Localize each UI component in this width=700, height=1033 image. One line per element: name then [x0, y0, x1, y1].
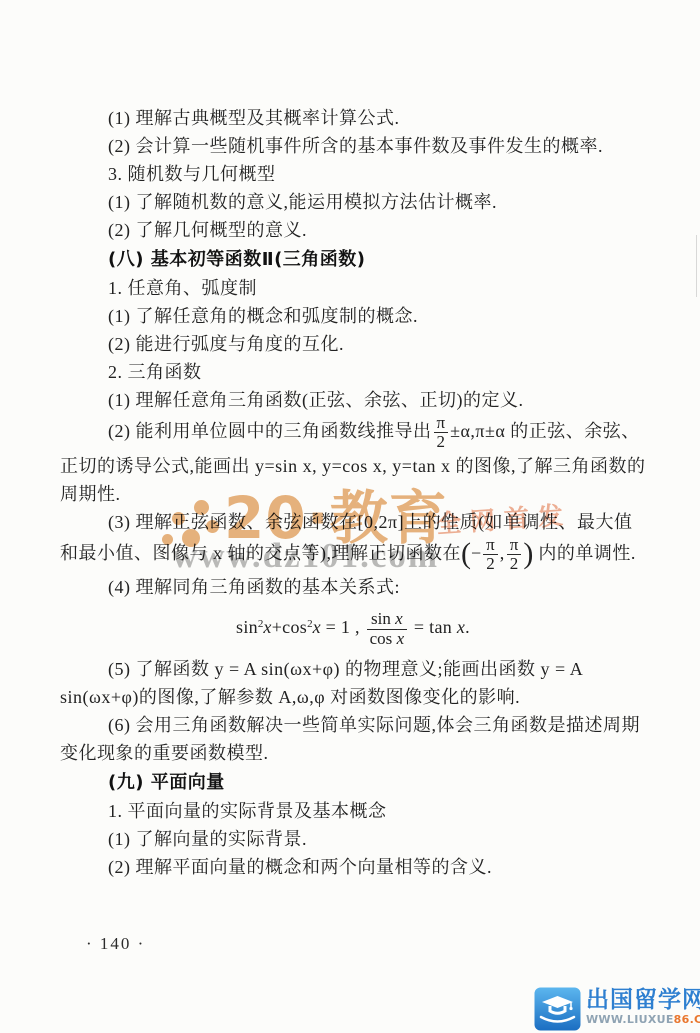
fraction-numerator: π [483, 536, 498, 555]
minus-sign: − [471, 543, 481, 563]
variable-x: x [263, 617, 271, 637]
site-url-suffix: 86.COM [674, 1013, 700, 1026]
fraction-pi-over-2: π2 [507, 536, 522, 574]
paragraph-radian-degree-conversion: (2) 能进行弧度与角度的互化. [60, 330, 646, 358]
fraction-sinx-over-cosx: sin xcos x [367, 610, 407, 648]
fraction-pi-over-2: π2 [483, 536, 498, 574]
item-arbitrary-angle-radian: 1. 任意角、弧度制 [60, 274, 646, 302]
operator-sin: sin [236, 617, 258, 637]
item-random-numbers-geometric: 3. 随机数与几何概型 [60, 160, 646, 188]
fraction-numerator: sin x [367, 610, 407, 629]
paragraph-event-counting: (2) 会计算一些随机事件所含的基本事件数及事件发生的概率. [60, 132, 646, 160]
page-number: · 140 · [86, 934, 145, 954]
operator-sin: sin [371, 609, 395, 628]
variable-x: x [457, 617, 465, 637]
site-name: 出国留学网 [586, 987, 700, 1013]
plus-sign: + [272, 617, 282, 637]
paragraph-random-number-meaning: (1) 了解随机数的意义,能运用模拟方法估计概率. [60, 188, 646, 216]
paragraph-trig-applications: (6) 会用三角函数解决一些简单实际问题,体会三角函数是描述周期变化现象的重要函… [60, 711, 646, 767]
big-open-paren: ( [461, 537, 471, 570]
variable-x: x [313, 617, 321, 637]
paragraph-trig-definition: (1) 理解任意角三角函数(正弦、余弦、正切)的定义. [60, 386, 646, 414]
paragraph-unit-circle-induction: (2) 能利用单位圆中的三角函数线推导出π2±α,π±α 的正弦、余弦、正切的诱… [60, 414, 646, 508]
trig-identity-formula: sin2x+cos2x = 1 , sin xcos x = tan x. [60, 610, 646, 648]
paragraph-fundamental-identity-intro: (4) 理解同角三角函数的基本关系式: [60, 573, 646, 601]
fraction-denominator: cos x [367, 630, 407, 648]
big-close-paren: ) [523, 537, 533, 570]
comma: , [500, 543, 505, 563]
fraction-pi-over-2: π2 [434, 414, 449, 452]
paragraph-vector-background: (1) 了解向量的实际背景. [60, 825, 646, 853]
graduation-cap-icon [534, 987, 581, 1031]
site-logo: 出国留学网 WWW.LIUXUE86.COM [534, 987, 700, 1031]
fraction-denominator: 2 [483, 555, 498, 573]
paragraph-classical-probability: (1) 理解古典概型及其概率计算公式. [60, 104, 646, 132]
scan-artifact-line [696, 235, 697, 297]
paragraph-geometric-model-meaning: (2) 了解几何概型的意义. [60, 216, 646, 244]
paragraph-sine-cosine-properties: (3) 理解正弦函数、余弦函数在[0,2π]上的性质(如单调性、最大值和最小值、… [60, 508, 646, 574]
paragraph-vector-equality: (2) 理解平面向量的概念和两个向量相等的含义. [60, 853, 646, 881]
site-url-prefix: WWW.LIUXUE [586, 1013, 674, 1026]
item-vector-background-concepts: 1. 平面向量的实际背景及基本概念 [60, 797, 646, 825]
fraction-numerator: π [434, 414, 449, 433]
paragraph-asin-physical-meaning: (5) 了解函数 y = A sin(ωx+φ) 的物理意义;能画出函数 y =… [60, 655, 646, 711]
text-segment: (2) 能利用单位圆中的三角函数线推导出 [108, 421, 432, 441]
fraction-numerator: π [507, 536, 522, 555]
equals-tan: = tan [409, 617, 457, 637]
section-heading-plane-vectors: (九) 平面向量 [60, 769, 646, 797]
scanned-book-page: (1) 理解古典概型及其概率计算公式. (2) 会计算一些随机事件所含的基本事件… [0, 0, 700, 1033]
operator-cos: cos [370, 629, 397, 648]
paragraph-angle-radian-concepts: (1) 了解任意角的概念和弧度制的概念. [60, 302, 646, 330]
equals-one: = 1 , [321, 617, 365, 637]
operator-cos: cos [282, 617, 307, 637]
fraction-denominator: 2 [507, 555, 522, 573]
variable-x: x [395, 609, 403, 628]
item-trig-functions: 2. 三角函数 [60, 358, 646, 386]
section-heading-trig-functions: (八) 基本初等函数Ⅱ(三角函数) [60, 246, 646, 274]
site-logo-text: 出国留学网 WWW.LIUXUE86.COM [586, 987, 700, 1031]
period: . [465, 617, 470, 637]
fraction-denominator: 2 [434, 433, 449, 451]
site-url: WWW.LIUXUE86.COM [586, 1013, 700, 1026]
variable-x: x [397, 629, 405, 648]
page-body-text: (1) 理解古典概型及其概率计算公式. (2) 会计算一些随机事件所含的基本事件… [60, 104, 646, 881]
text-segment: 内的单调性. [533, 543, 636, 563]
